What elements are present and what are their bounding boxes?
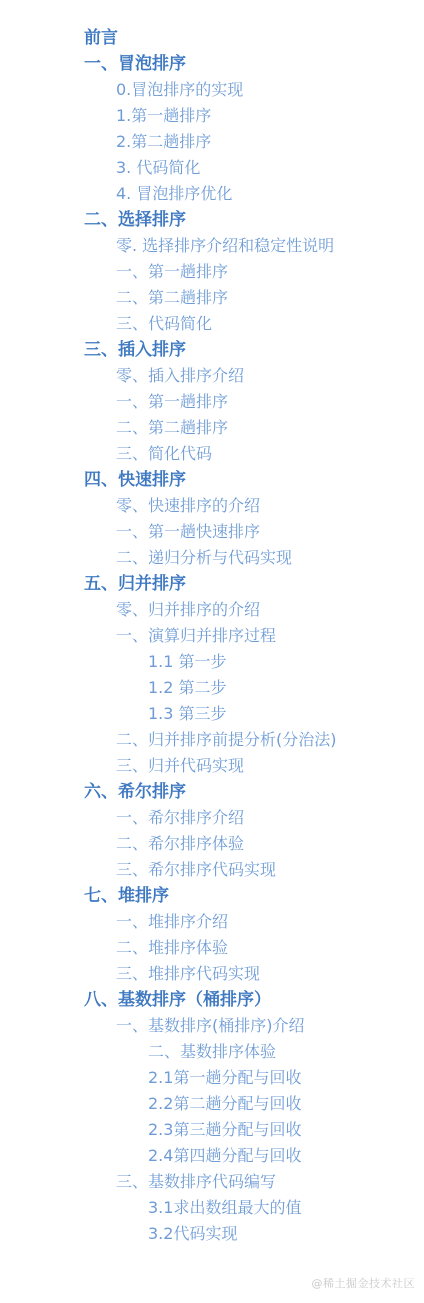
toc-item[interactable]: 一、第一趟排序 [0, 389, 424, 415]
toc-item[interactable]: 三、希尔排序代码实现 [0, 857, 424, 883]
toc-item[interactable]: 三、代码简化 [0, 311, 424, 337]
toc-item[interactable]: 一、冒泡排序 [0, 51, 424, 77]
toc-item[interactable]: 三、简化代码 [0, 441, 424, 467]
toc-item[interactable]: 3.1求出数组最大的值 [0, 1195, 424, 1221]
toc-item[interactable]: 五、归并排序 [0, 571, 424, 597]
toc-item[interactable]: 二、基数排序体验 [0, 1039, 424, 1065]
toc-item[interactable]: 二、希尔排序体验 [0, 831, 424, 857]
toc-item[interactable]: 一、第一趟快速排序 [0, 519, 424, 545]
toc-item[interactable]: 二、第二趟排序 [0, 415, 424, 441]
toc-item[interactable]: 零、插入排序介绍 [0, 363, 424, 389]
toc-item[interactable]: 2.第二趟排序 [0, 129, 424, 155]
toc-item[interactable]: 三、归并代码实现 [0, 753, 424, 779]
toc-item[interactable]: 七、堆排序 [0, 883, 424, 909]
toc-item[interactable]: 二、第二趟排序 [0, 285, 424, 311]
toc-item[interactable]: 一、希尔排序介绍 [0, 805, 424, 831]
toc-item[interactable]: 1.3 第三步 [0, 701, 424, 727]
toc-item[interactable]: 二、选择排序 [0, 207, 424, 233]
toc-item[interactable]: 六、希尔排序 [0, 779, 424, 805]
toc-item[interactable]: 零、归并排序的介绍 [0, 597, 424, 623]
toc-item[interactable]: 2.2第二趟分配与回收 [0, 1091, 424, 1117]
toc-item[interactable]: 四、快速排序 [0, 467, 424, 493]
table-of-contents: 前言 一、冒泡排序 0.冒泡排序的实现 1.第一趟排序 2.第二趟排序 3. 代… [0, 0, 424, 1247]
toc-item[interactable]: 4. 冒泡排序优化 [0, 181, 424, 207]
toc-item[interactable]: 三、插入排序 [0, 337, 424, 363]
toc-item[interactable]: 一、第一趟排序 [0, 259, 424, 285]
toc-item[interactable]: 1.第一趟排序 [0, 103, 424, 129]
toc-item[interactable]: 零. 选择排序介绍和稳定性说明 [0, 233, 424, 259]
toc-item[interactable]: 二、堆排序体验 [0, 935, 424, 961]
toc-item[interactable]: 一、演算归并排序过程 [0, 623, 424, 649]
toc-item[interactable]: 一、基数排序(桶排序)介绍 [0, 1013, 424, 1039]
toc-item[interactable]: 1.1 第一步 [0, 649, 424, 675]
toc-item[interactable]: 三、堆排序代码实现 [0, 961, 424, 987]
toc-item[interactable]: 一、堆排序介绍 [0, 909, 424, 935]
toc-item[interactable]: 零、快速排序的介绍 [0, 493, 424, 519]
toc-item[interactable]: 2.4第四趟分配与回收 [0, 1143, 424, 1169]
toc-item[interactable]: 三、基数排序代码编写 [0, 1169, 424, 1195]
toc-item[interactable]: 八、基数排序（桶排序） [0, 987, 424, 1013]
toc-item[interactable]: 二、递归分析与代码实现 [0, 545, 424, 571]
toc-item[interactable]: 2.3第三趟分配与回收 [0, 1117, 424, 1143]
toc-item[interactable]: 2.1第一趟分配与回收 [0, 1065, 424, 1091]
toc-item[interactable]: 1.2 第二步 [0, 675, 424, 701]
toc-item[interactable]: 前言 [0, 25, 424, 51]
toc-item[interactable]: 二、归并排序前提分析(分治法) [0, 727, 424, 753]
watermark: @稀土掘金技术社区 [312, 1275, 416, 1291]
toc-item[interactable]: 0.冒泡排序的实现 [0, 77, 424, 103]
toc-item[interactable]: 3. 代码简化 [0, 155, 424, 181]
toc-item[interactable]: 3.2代码实现 [0, 1221, 424, 1247]
